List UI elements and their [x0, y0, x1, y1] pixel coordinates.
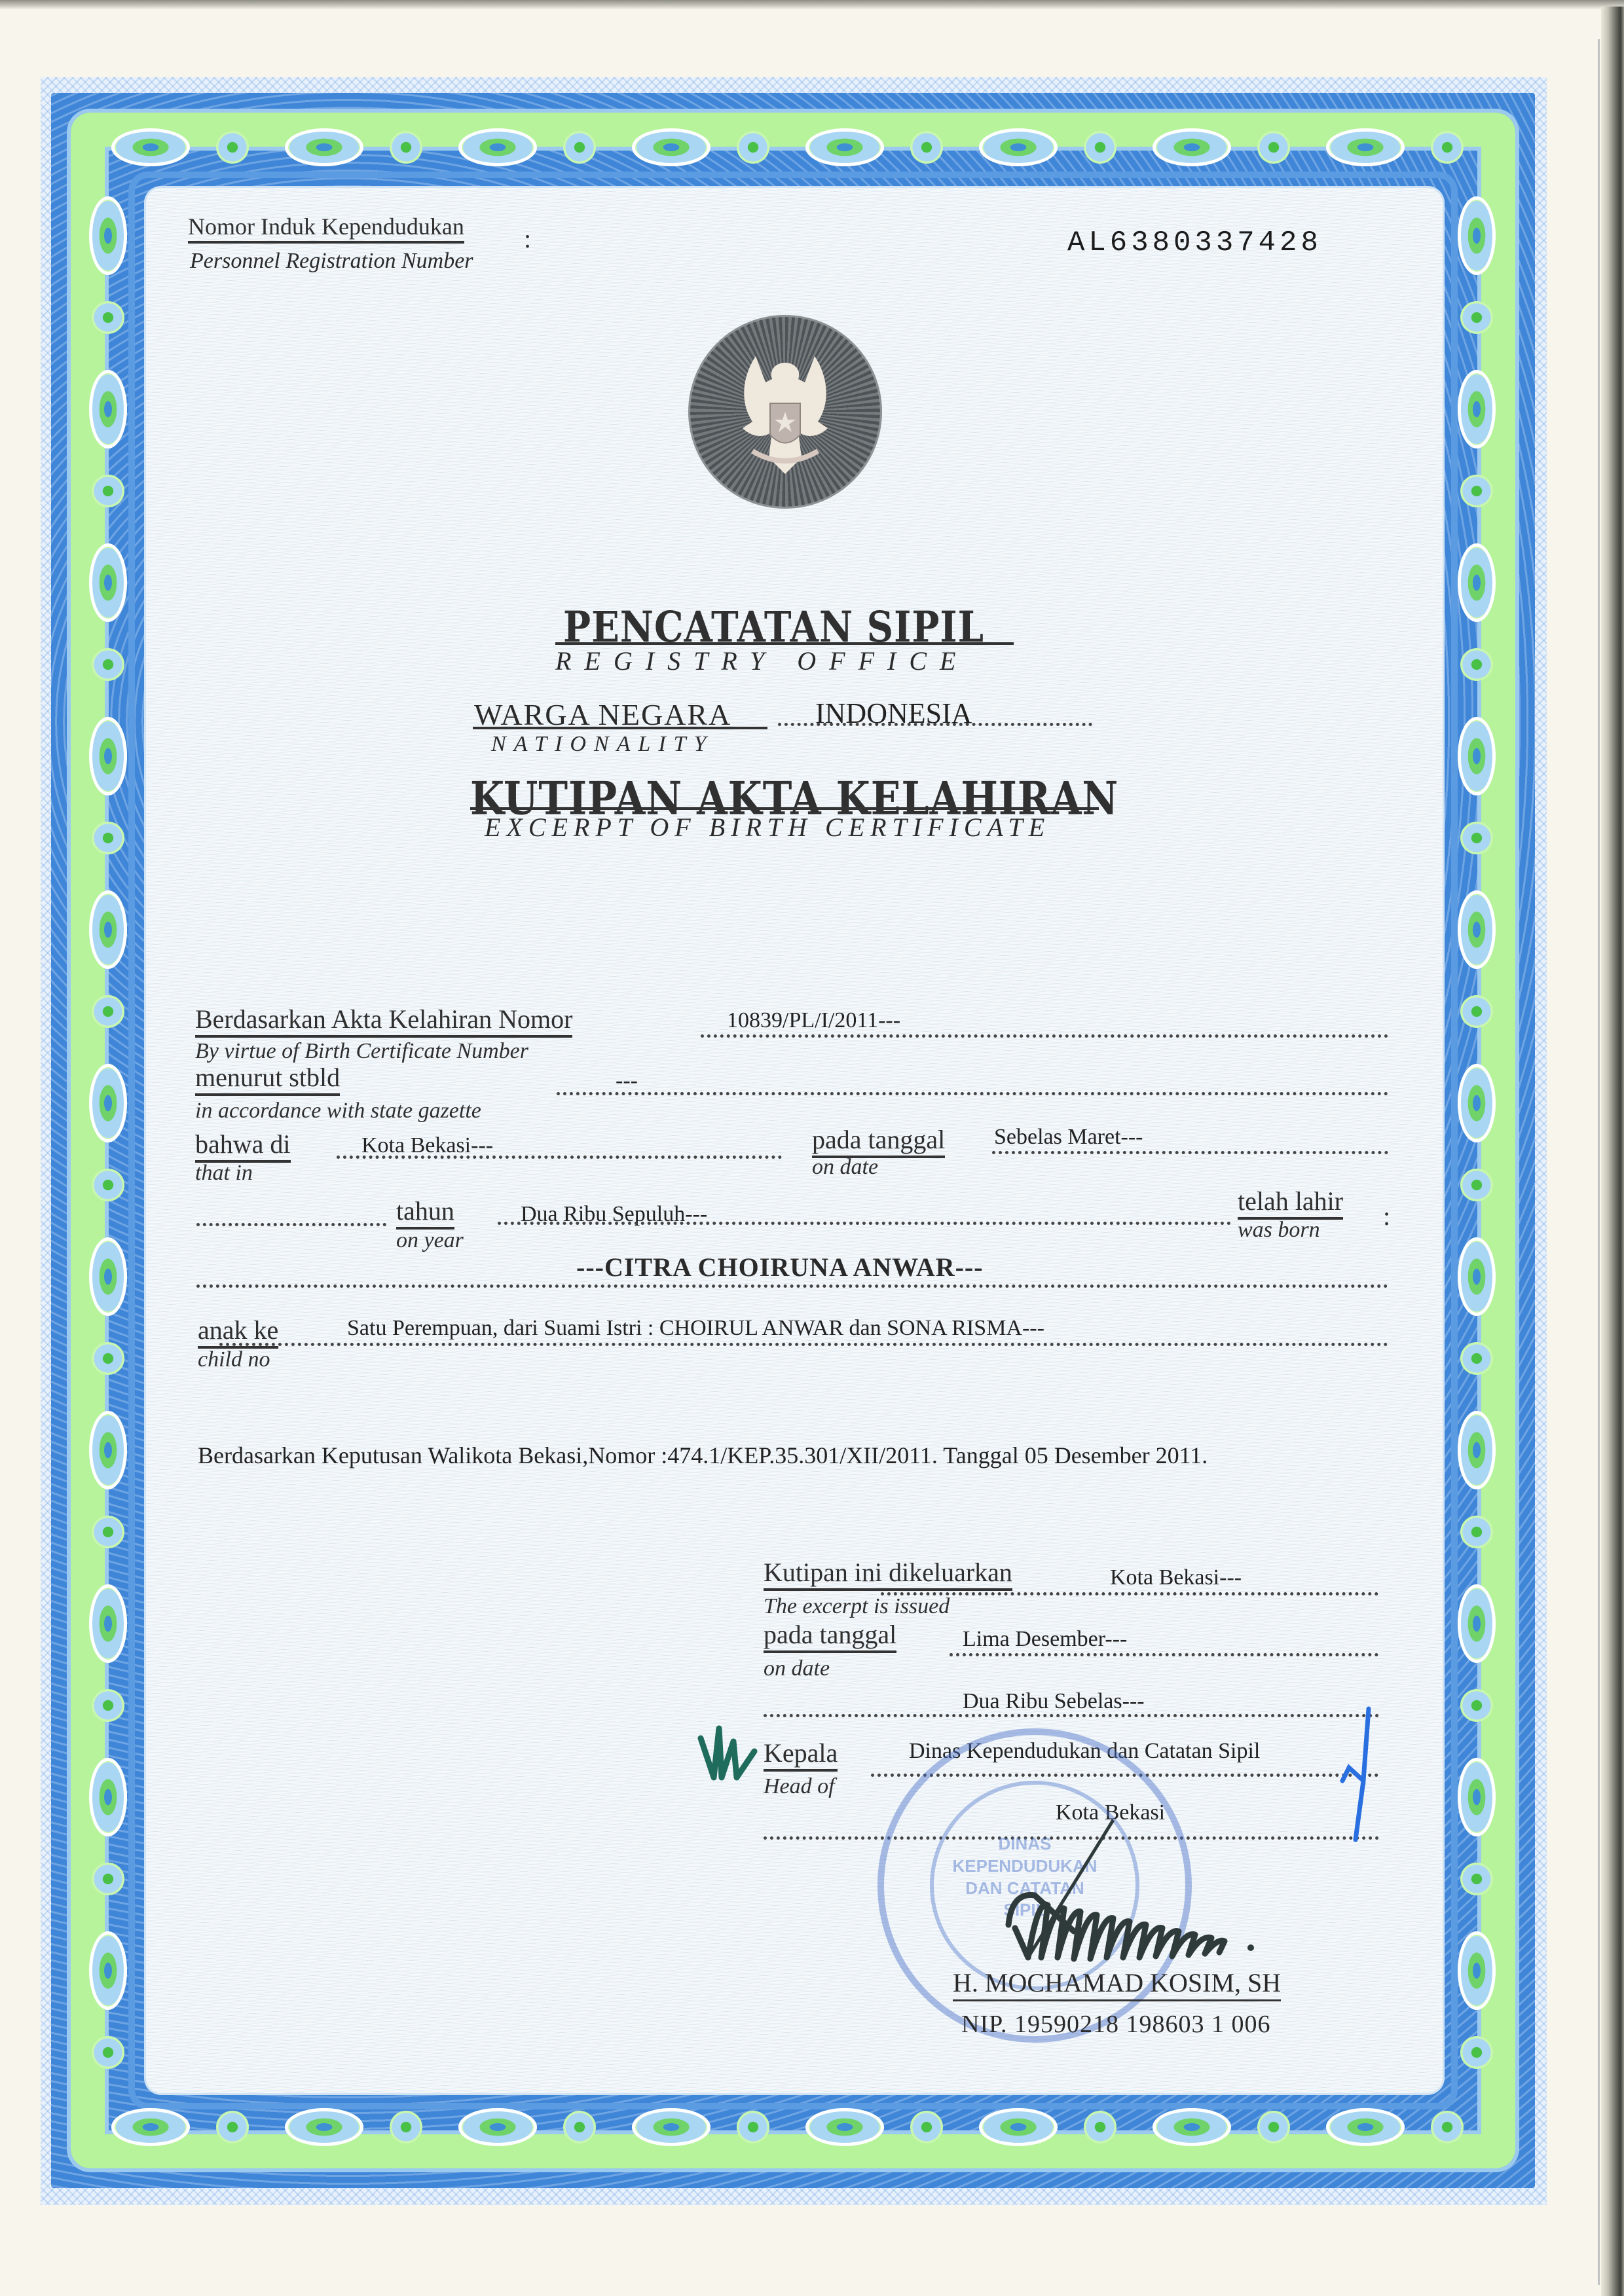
border-ornament: [92, 1516, 124, 1548]
stbld-value: ---: [616, 1070, 638, 1092]
border-ornament: [1460, 1689, 1493, 1722]
child-no-value: Satu Perempuan, dari Suami Istri : CHOIR…: [347, 1317, 1044, 1339]
border-ornament: [1460, 475, 1493, 507]
head-label: Kepala: [764, 1740, 838, 1772]
nik-colon: :: [524, 226, 531, 252]
border-ornament: [1153, 128, 1231, 166]
signatory-nip: NIP. 19590218 198603 1 006: [961, 2010, 1271, 2039]
border-ornament: [805, 128, 884, 166]
signatory-name: H. MOCHAMAD KOSIM, SH: [953, 1967, 1281, 2001]
issue-date-label: pada tanggal: [764, 1622, 896, 1653]
title-rule: [555, 642, 1014, 645]
border-ornament: [1458, 1237, 1496, 1316]
border-ornament: [92, 1169, 124, 1201]
border-ornament: [1431, 131, 1464, 164]
born-colon: :: [1383, 1203, 1390, 1230]
border-ornament: [805, 2108, 884, 2146]
head-label-en: Head of: [764, 1776, 835, 1798]
place-label-en: that in: [195, 1162, 253, 1184]
border-ornament: [563, 131, 596, 164]
border-ornament: [1326, 2108, 1405, 2146]
dotted-line: [196, 1285, 1388, 1288]
date-label-en: on date: [812, 1156, 878, 1178]
border-ornament: [92, 301, 124, 334]
border-ornament: [89, 370, 127, 448]
border-ornament: [1460, 1342, 1493, 1375]
border-ornament: [458, 128, 537, 166]
border-ornament: [216, 2111, 249, 2143]
border-ornament: [92, 1342, 124, 1375]
border-ornament: [632, 128, 710, 166]
signature-icon: [976, 1807, 1342, 1971]
nationality-value: INDONESIA: [815, 699, 972, 728]
border-ornament: [979, 128, 1058, 166]
border-ornament: [285, 128, 363, 166]
border-ornament: [1460, 2036, 1493, 2069]
border-ornament: [390, 131, 422, 164]
border-ornament: [1458, 1931, 1496, 2010]
border-ornament: [216, 131, 249, 164]
child-no-label-en: child no: [198, 1349, 270, 1371]
border-ornament: [563, 2111, 596, 2143]
dotted-line: [701, 1034, 1388, 1038]
border-ornament: [1458, 890, 1496, 969]
border-ornament: [1460, 648, 1493, 681]
border-ornament: [1458, 370, 1496, 448]
border-ornament: [1458, 1064, 1496, 1142]
nik-value: AL6380337428: [1067, 227, 1322, 259]
stbld-label: menurut stbld: [195, 1065, 340, 1096]
certificate-number-value: 10839/PL/I/2011---: [727, 1010, 900, 1032]
nationality-label-en: NATIONALITY: [491, 732, 714, 757]
border-ornament: [1458, 717, 1496, 795]
certificate-number-label-en: By virtue of Birth Certificate Number: [195, 1040, 528, 1063]
decree-text: Berdasarkan Keputusan Walikota Bekasi,No…: [198, 1444, 1208, 1467]
dotted-line: [196, 1223, 386, 1226]
paraf-initials-icon: [694, 1715, 766, 1787]
dotted-line: [950, 1653, 1378, 1656]
border-ornament: [89, 1758, 127, 1836]
born-label: telah lahir: [1238, 1188, 1343, 1220]
dotted-line: [498, 1222, 1231, 1225]
child-name: ---CITRA CHOIRUNA ANWAR---: [576, 1252, 984, 1283]
border-ornament: [737, 2111, 769, 2143]
border-ornament: [89, 1237, 127, 1316]
dotted-line: [881, 1592, 1378, 1595]
border-ornament: [89, 1584, 127, 1663]
border-ornament: [910, 2111, 943, 2143]
dotted-line: [557, 1092, 1388, 1095]
binding-rule: [1598, 39, 1600, 2285]
border-ornament: [89, 1064, 127, 1142]
nik-label-en: Personnel Registration Number: [190, 249, 473, 274]
border-ornament: [1326, 128, 1405, 166]
border-ornament: [285, 2108, 363, 2146]
border-ornament: [89, 196, 127, 275]
dotted-line: [219, 1343, 1388, 1346]
place-value: Kota Bekasi---: [361, 1135, 493, 1157]
place-label: bahwa di: [195, 1131, 291, 1163]
border-ornament: [1458, 196, 1496, 275]
border-ornament: [111, 128, 190, 166]
border-ornament: [111, 2108, 190, 2146]
border-ornament: [89, 1931, 127, 2010]
border-ornament: [1460, 995, 1493, 1028]
issued-label: Kutipan ini dikeluarkan: [764, 1559, 1012, 1591]
border-ornament: [92, 2036, 124, 2069]
border-ornament: [1460, 301, 1493, 334]
border-ornament: [1460, 1863, 1493, 1895]
border-ornament: [632, 2108, 710, 2146]
border-ornament: [1458, 1584, 1496, 1663]
border-ornament: [1460, 1169, 1493, 1201]
border-ornament: [1257, 2111, 1290, 2143]
border-ornament: [1431, 2111, 1464, 2143]
border-ornament: [89, 717, 127, 795]
title-office-en: REGISTRY OFFICE: [555, 646, 969, 676]
border-ornament: [1084, 131, 1116, 164]
border-ornament: [1458, 1411, 1496, 1489]
year-label-en: on year: [396, 1230, 464, 1252]
stbld-label-en: in accordance with state gazette: [195, 1100, 481, 1122]
binding-strip: [1601, 7, 1624, 2296]
document-rule: [470, 807, 1099, 810]
issue-date-label-en: on date: [764, 1658, 830, 1680]
border-ornament: [92, 995, 124, 1028]
border-ornament: [1153, 2108, 1231, 2146]
border-ornament: [89, 1411, 127, 1489]
date-label: pada tanggal: [812, 1127, 945, 1158]
border-ornament: [1460, 822, 1493, 854]
border-ornament: [1084, 2111, 1116, 2143]
issued-value: Kota Bekasi---: [1110, 1567, 1242, 1589]
certificate-number-label: Berdasarkan Akta Kelahiran Nomor: [195, 1006, 572, 1038]
border-ornament: [737, 131, 769, 164]
border-ornament: [458, 2108, 537, 2146]
border-ornament: [92, 1863, 124, 1895]
pen-mark-icon: [1336, 1702, 1388, 1846]
issued-label-en: The excerpt is issued: [764, 1595, 950, 1618]
issue-year-value: Dua Ribu Sebelas---: [963, 1690, 1145, 1713]
border-ornament: [92, 648, 124, 681]
border-ornament: [92, 1689, 124, 1722]
border-ornament: [92, 822, 124, 854]
border-ornament: [1458, 543, 1496, 622]
border-ornament: [1458, 1758, 1496, 1836]
dotted-line: [992, 1151, 1388, 1154]
year-label: tahun: [396, 1198, 454, 1230]
title-document-en: EXCERPT OF BIRTH CERTIFICATE: [485, 812, 1050, 843]
border-ornament: [92, 475, 124, 507]
border-ornament: [390, 2111, 422, 2143]
born-label-en: was born: [1238, 1219, 1320, 1241]
border-ornament: [979, 2108, 1058, 2146]
nationality-rule: [473, 727, 767, 729]
dotted-line: [764, 1714, 1379, 1717]
border-ornament: [89, 543, 127, 622]
nik-label: Nomor Induk Kependudukan: [188, 215, 464, 244]
date-value: Sebelas Maret---: [994, 1126, 1143, 1148]
issue-date-value: Lima Desember---: [963, 1628, 1127, 1650]
scan-top-edge: [0, 0, 1624, 9]
border-ornament: [1460, 1516, 1493, 1548]
border-ornament: [89, 890, 127, 969]
dotted-line: [337, 1156, 782, 1159]
border-ornament: [1257, 131, 1290, 164]
garuda-pancasila-emblem-icon: [690, 317, 880, 507]
border-ornament: [910, 131, 943, 164]
